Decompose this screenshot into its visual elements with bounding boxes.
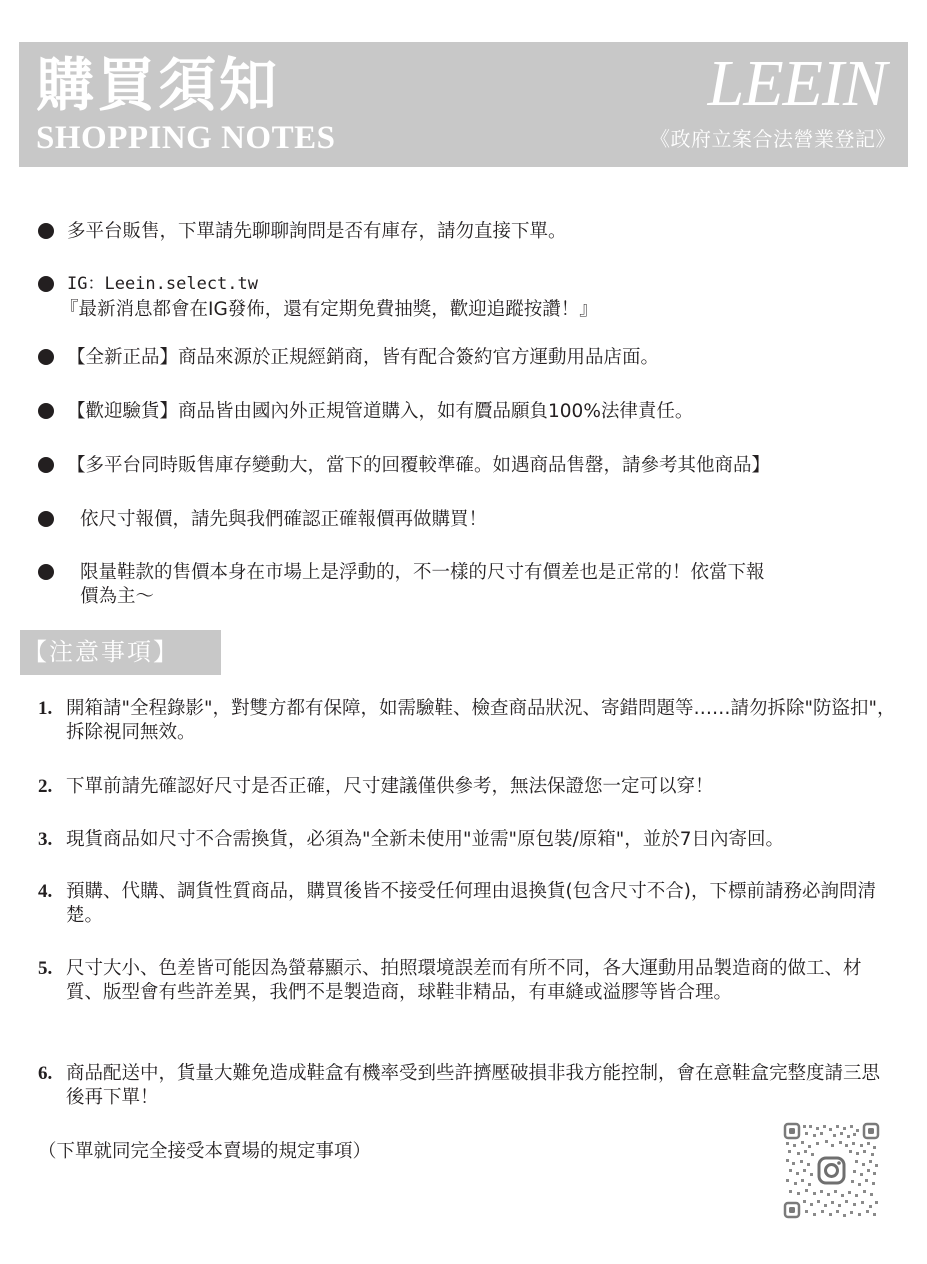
list-item-text: 【多平台同時販售庫存變動大，當下的回覆較準確。如遇商品售罄，請參考其他商品】 — [67, 454, 770, 477]
list-item-text: 『最新消息都會在IG發佈，還有定期免費抽獎，歡迎追蹤按讚！』 — [60, 298, 598, 321]
list-item-text: 多平台販售，下單請先聊聊詢問是否有庫存，請勿直接下單。 — [67, 220, 567, 243]
bullet-icon — [38, 457, 54, 473]
notice-heading: 【注意事項】 — [20, 630, 221, 675]
note-number: 2. — [38, 775, 52, 799]
page-subtitle: SHOPPING NOTES — [36, 118, 335, 158]
list-item-text: 價為主～ — [80, 585, 154, 608]
bullet-icon — [38, 403, 54, 419]
bullet-icon — [38, 511, 54, 527]
note-number: 5. — [38, 957, 52, 981]
brand-logo: LEEIN — [708, 46, 886, 122]
note-number: 4. — [38, 880, 52, 904]
list-item-text: 【歡迎驗貨】商品皆由國內外正規管道購入，如有贗品願負100%法律責任。 — [67, 400, 693, 423]
instagram-handle: IG：Leein.select.tw — [67, 273, 258, 296]
footer-note: （下單就同完全接受本賣場的規定事項） — [38, 1140, 371, 1164]
note-text: 現貨商品如尺寸不合需換貨，必須為"全新未使用"並需"原包裝/原箱"，並於7日內寄… — [66, 828, 896, 852]
registration-note: 《政府立案合法營業登記》 — [650, 125, 896, 153]
note-text: 商品配送中，貨量大難免造成鞋盒有機率受到些許擠壓破損非我方能控制，會在意鞋盒完整… — [66, 1062, 896, 1110]
note-text: 預購、代購、調貨性質商品，購買後皆不接受任何理由退換貨(包含尺寸不合)，下標前請… — [66, 880, 896, 928]
instagram-qr-code[interactable] — [783, 1122, 880, 1219]
note-number: 1. — [38, 697, 52, 721]
note-text: 開箱請"全程錄影"，對雙方都有保障，如需驗鞋、檢查商品狀況、寄錯問題等……請勿拆… — [66, 697, 896, 745]
notice-label: 【注意事項】 — [23, 636, 179, 668]
page-title: 購買須知 — [36, 50, 280, 120]
note-text: 尺寸大小、色差皆可能因為螢幕顯示、拍照環境誤差而有所不同，各大運動用品製造商的做… — [66, 957, 896, 1005]
header-banner: 購買須知 SHOPPING NOTES LEEIN 《政府立案合法營業登記》 — [19, 42, 908, 167]
note-text: 下單前請先確認好尺寸是否正確，尺寸建議僅供參考，無法保證您一定可以穿！ — [66, 775, 896, 799]
list-item-text: 限量鞋款的售價本身在市場上是浮動的，不一樣的尺寸有價差也是正常的！依當下報 — [80, 561, 765, 584]
qr-code-icon — [783, 1122, 880, 1219]
bullet-icon — [38, 223, 54, 239]
bullet-icon — [38, 349, 54, 365]
note-number: 3. — [38, 828, 52, 852]
list-item-text: 依尺寸報價，請先與我們確認正確報價再做購買！ — [80, 508, 487, 531]
bullet-icon — [38, 564, 54, 580]
note-number: 6. — [38, 1062, 52, 1086]
bullet-icon — [38, 276, 54, 292]
list-item-text: 【全新正品】商品來源於正規經銷商，皆有配合簽約官方運動用品店面。 — [67, 346, 659, 369]
